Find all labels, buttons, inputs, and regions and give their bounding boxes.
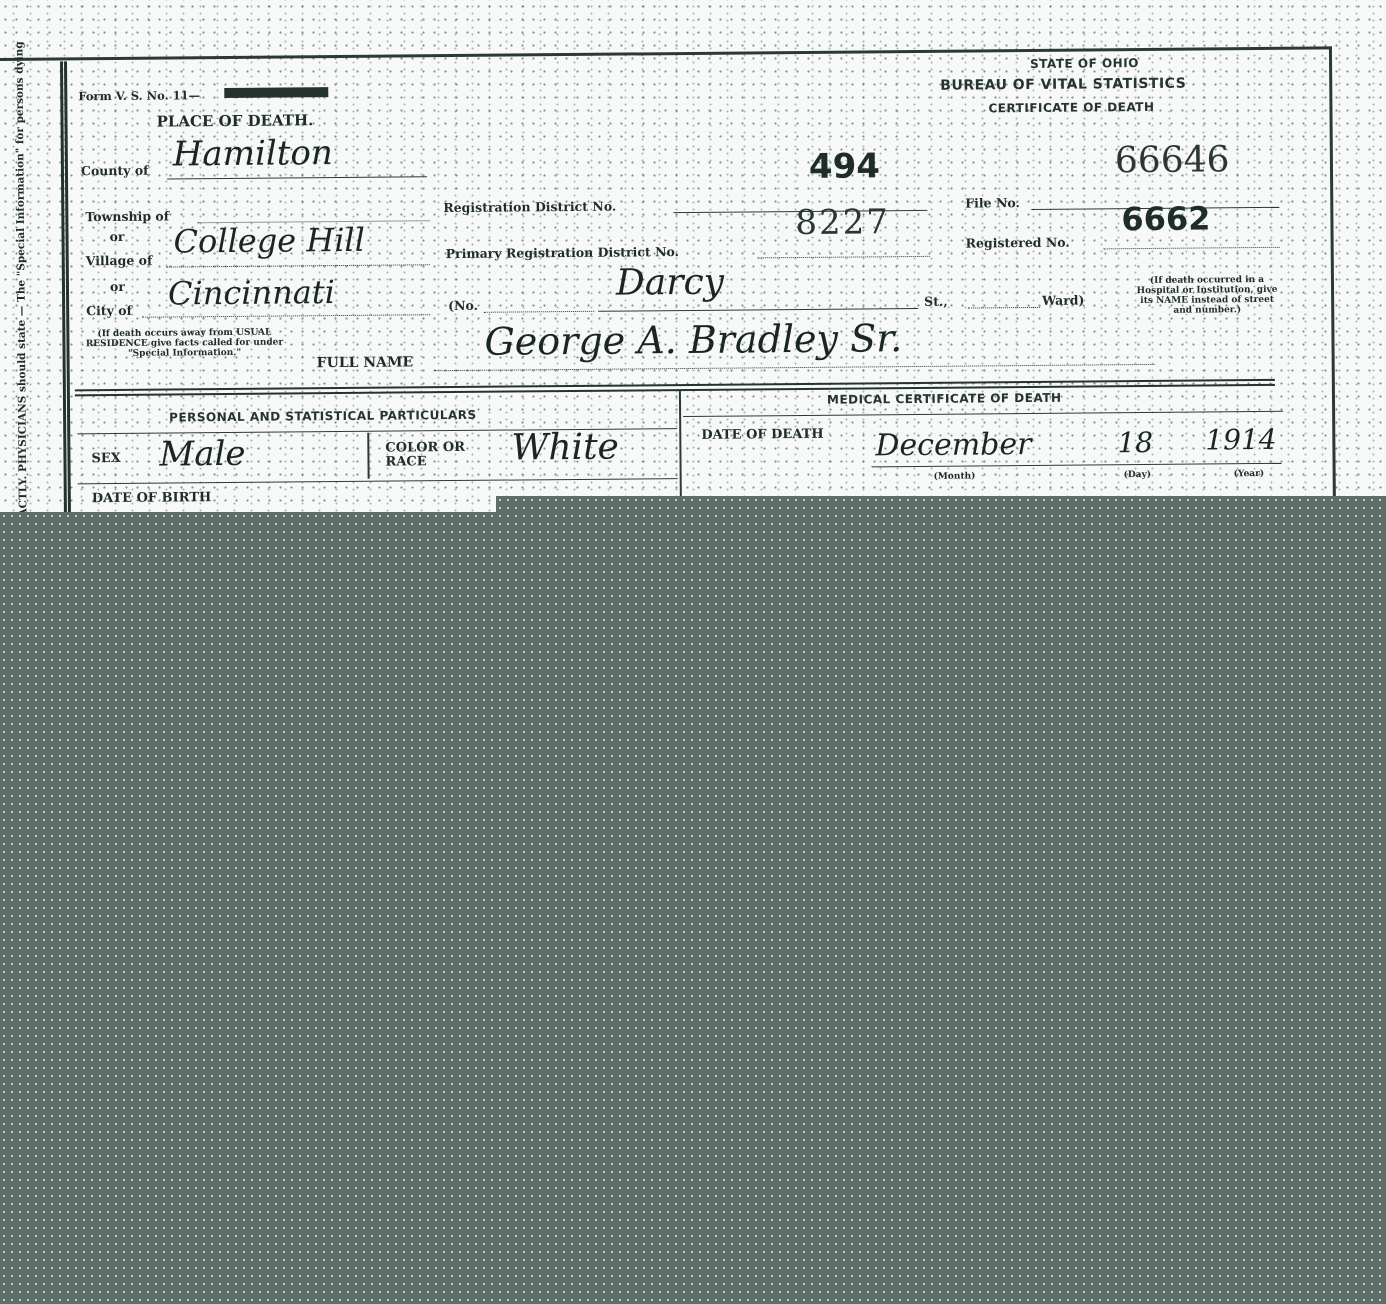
village-value: College Hill	[173, 221, 365, 261]
personal-section-title: PERSONAL AND STATISTICAL PARTICULARS	[169, 408, 477, 425]
full-name-value: George A. Bradley Sr.	[484, 316, 902, 364]
street-number-label: (No.	[448, 298, 478, 313]
death-month-value: December	[875, 427, 1031, 463]
day-caption: (Day)	[1124, 470, 1151, 480]
city-value: Cincinnati	[168, 273, 335, 312]
date-of-birth-label: DATE OF BIRTH	[92, 490, 212, 506]
file-number-value: 66646	[1115, 139, 1230, 181]
redaction-block	[0, 512, 1386, 1304]
ward-label: Ward)	[1042, 293, 1084, 308]
or-label-1: or	[109, 229, 124, 244]
race-label: RACE	[385, 454, 426, 469]
place-of-death-title: PLACE OF DEATH.	[156, 111, 313, 130]
certificate-heading: CERTIFICATE OF DEATH	[988, 100, 1154, 115]
year-caption: (Year)	[1234, 469, 1265, 479]
or-label-2: or	[110, 279, 125, 294]
primary-district-label: Primary Registration District No.	[446, 244, 679, 261]
color-label: COLOR OR	[385, 440, 465, 456]
registered-number-label: Registered No.	[966, 235, 1070, 251]
month-caption: (Month)	[934, 471, 976, 481]
death-year-value: 1914	[1205, 423, 1277, 457]
village-label: Village of	[86, 253, 153, 269]
city-label: City of	[86, 303, 132, 318]
township-label: Township of	[85, 209, 169, 225]
side-instruction: should state EXACTLY. PHYSICIANS should …	[0, 110, 52, 540]
date-of-death-label: DATE OF DEATH	[701, 427, 823, 443]
color-value: White	[511, 427, 619, 469]
registration-district-value: 494	[809, 146, 880, 187]
medical-section-title: MEDICAL CERTIFICATE OF DEATH	[827, 391, 1062, 407]
file-number-label: File No.	[965, 195, 1020, 210]
bureau-heading: BUREAU OF VITAL STATISTICS	[940, 76, 1186, 94]
sex-label: SEX	[91, 451, 121, 466]
primary-district-value: 8227	[795, 202, 890, 243]
county-label: County of	[81, 163, 149, 179]
away-note: (If death occurs away from USUAL RESIDEN…	[84, 328, 284, 360]
sex-color-divider	[367, 433, 369, 479]
full-name-label: FULL NAME	[317, 354, 414, 371]
registered-number-value: 6662	[1121, 199, 1210, 238]
form-number-struck	[224, 87, 328, 98]
registration-district-label: Registration District No.	[443, 199, 616, 216]
death-day-value: 18	[1117, 426, 1153, 459]
county-value: Hamilton	[173, 133, 333, 174]
hospital-note: (If death occurred in a Hospital or Inst…	[1134, 275, 1280, 316]
street-value: Darcy	[616, 262, 724, 304]
street-suffix-label: St.,	[924, 294, 948, 309]
state-heading: STATE OF OHIO	[1030, 56, 1139, 71]
form-number: Form V. S. No. 11—	[78, 88, 200, 103]
sex-value: Male	[159, 434, 245, 475]
death-certificate: should state EXACTLY. PHYSICIANS should …	[0, 28, 1336, 520]
